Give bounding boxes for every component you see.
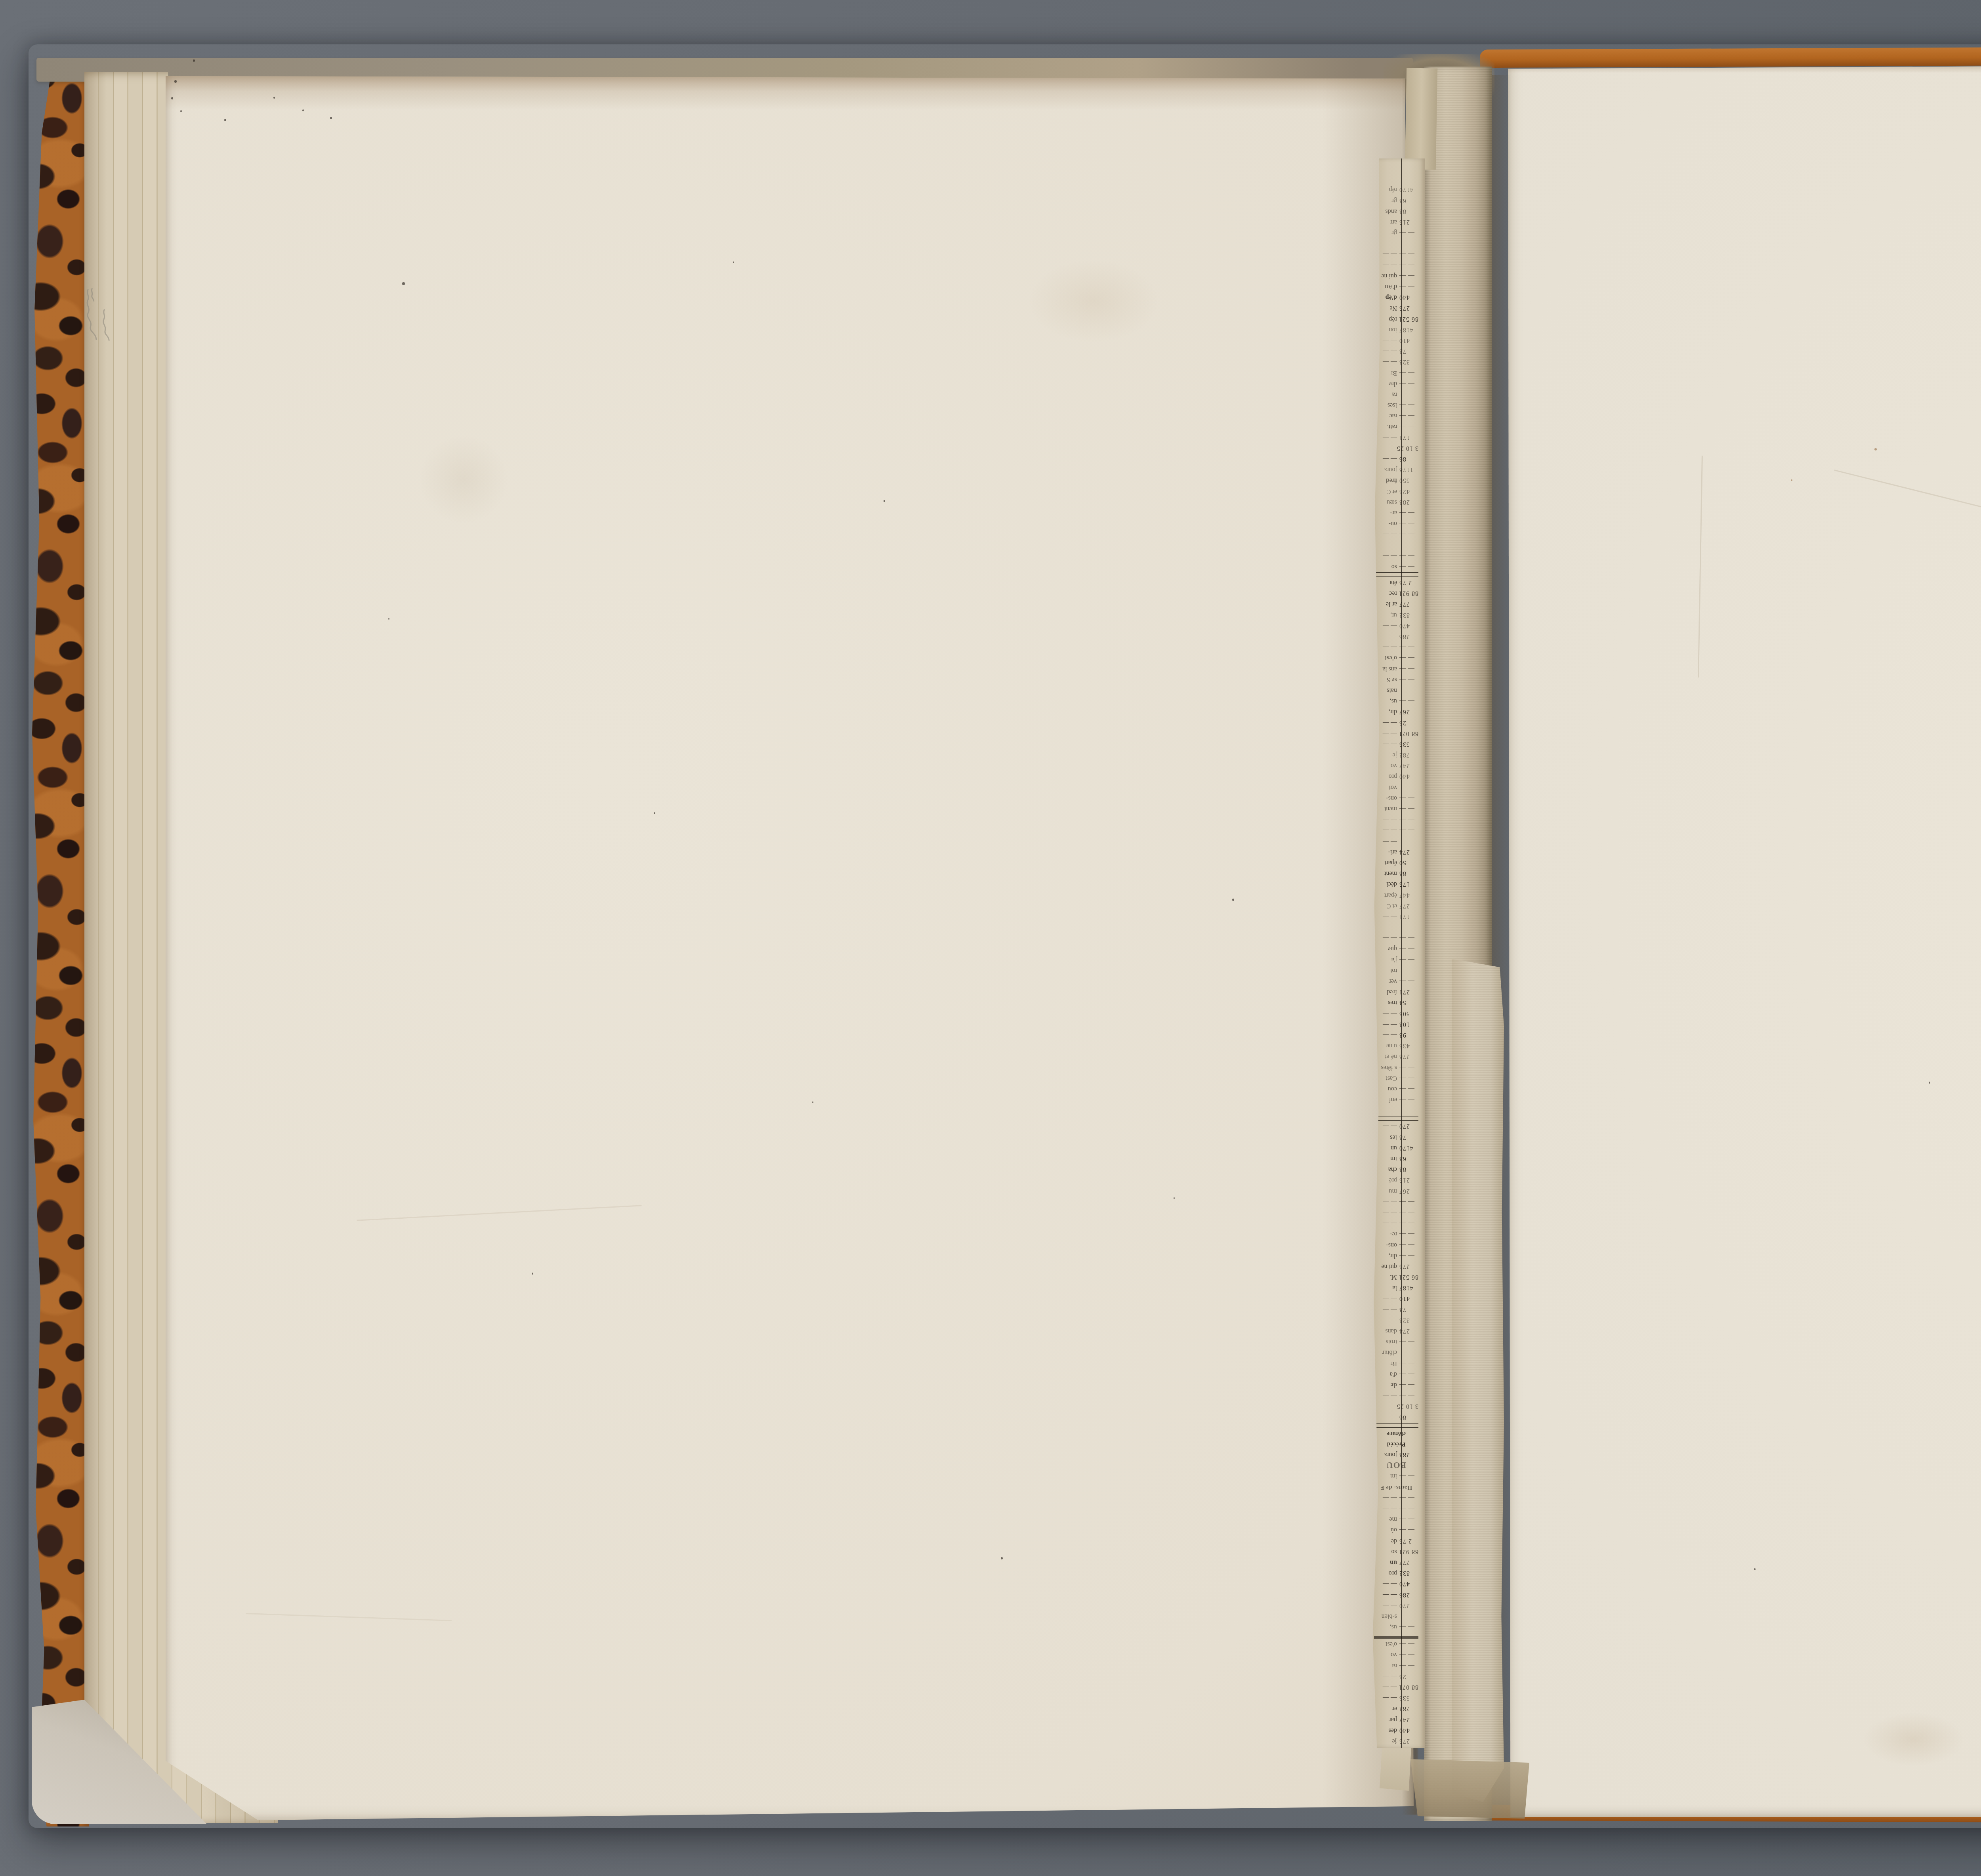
newsprint-row: 88 921rec [1374, 588, 1418, 599]
newsprint-row: — —— — [1374, 642, 1418, 653]
newsprint-row: 271fred [1374, 987, 1418, 997]
newsprint-row: — —ons- [1374, 793, 1418, 803]
blank-page-right [1506, 63, 1981, 1817]
newsprint-row: 247par [1374, 1714, 1418, 1725]
newsprint-row: 410— — [1374, 1293, 1418, 1304]
newsprint-row: — —s-bien [1374, 1611, 1418, 1622]
newsprint-row: — —so [1374, 561, 1418, 572]
newsprint-row: — —se S [1374, 674, 1418, 685]
newsprint-row: 323— — [1374, 1315, 1418, 1326]
newsprint-row: 25— — [1374, 717, 1418, 728]
newsprint-row: 274ari- [1374, 847, 1418, 857]
newsprint-row: — —ver [1374, 976, 1418, 987]
dust-speck [273, 97, 275, 99]
newsprint-row: 86— — [1374, 1412, 1418, 1422]
dust-speck [812, 1101, 813, 1103]
newsprint-row: 4187ion [1374, 324, 1418, 335]
dust-speck [388, 618, 389, 620]
newsprint-row: 435u ne [1374, 1040, 1418, 1051]
newsprint-row: — —toi [1374, 965, 1418, 976]
newsprint-row: — —us, [1374, 696, 1418, 706]
foxing-stain [404, 420, 523, 539]
newsprint-row: — —— — [1374, 551, 1418, 561]
newsprint-row: 267dir, [1374, 706, 1418, 717]
newsprint-row: — —— — [1374, 1218, 1418, 1229]
newsprint-row: — —clôtur [1374, 1347, 1418, 1358]
newsprint-row: — —s fêtes [1374, 1062, 1418, 1073]
newsprint-row: — —ra [1374, 1660, 1418, 1671]
newsprint-row: 535— — [1374, 1693, 1418, 1703]
newsprint-row: 267mu [1374, 1185, 1418, 1196]
newsprint-row: — —dir, [1374, 1250, 1418, 1261]
newsprint-row: 83ands [1374, 206, 1418, 217]
rust-speck [1791, 479, 1792, 481]
dust-speck [1174, 1197, 1175, 1199]
newsprint-row [1374, 1423, 1418, 1428]
newsprint-row: 247vo [1374, 760, 1418, 771]
newsprint-row: 215arr [1374, 217, 1418, 227]
newsprint-row: 88 071— — [1374, 1682, 1418, 1693]
newsprint-row: 447épart [1374, 889, 1418, 900]
foxing-stain [1846, 1704, 1981, 1775]
newsprint-row: 777un [1374, 1557, 1418, 1568]
blank-page-left [166, 76, 1414, 1820]
newsprint-row: — —ises [1374, 400, 1418, 410]
newsprint-row: 88 921so [1374, 1546, 1418, 1557]
newsprint-row: — —— — [1374, 922, 1418, 933]
newsprint-row: 4170rép [1374, 184, 1418, 195]
newspaper-torn-tab [1380, 1746, 1411, 1791]
newsprint-row: — —trois [1374, 1336, 1418, 1347]
newsprint-row: 470— — [1374, 1578, 1418, 1589]
newsprint-row: — —— — [1374, 1105, 1418, 1116]
newsprint-row: 275qui ne [1374, 1261, 1418, 1272]
dust-speck [1232, 899, 1234, 901]
newsprint-row: 88ment [1374, 868, 1418, 879]
newsprint-row: 86 521M. [1374, 1272, 1418, 1282]
digitized-book-scan: 275je440des247par782er535— —88 071— —25—… [0, 0, 1981, 1876]
newsprint-row: 470— — [1374, 620, 1418, 631]
newsprint-row: — —d'a [1374, 1369, 1418, 1380]
dust-speck [532, 1273, 533, 1275]
newsprint-row: 171— — [1374, 911, 1418, 922]
newsprint-row: — —que [1374, 943, 1418, 954]
newsprint-row: 270— — [1374, 1600, 1418, 1611]
dust-speck [180, 110, 182, 112]
newsprint-row [1374, 1116, 1418, 1121]
newsprint-row: 1178jours [1374, 464, 1418, 475]
newsprint-row: — —Cast [1374, 1073, 1418, 1084]
newsprint-row: — —où [1374, 1525, 1418, 1535]
newsprint-row: 3 10 25— — [1374, 1401, 1418, 1412]
newsprint-row: — —o'est [1374, 653, 1418, 663]
newsprint-row: — —— — [1374, 1503, 1418, 1514]
newsprint-row: 63im [1374, 1153, 1418, 1164]
cloth-hinge-light-strip [1452, 959, 1504, 1802]
newsprint-row: Hauts- de F [1374, 1482, 1418, 1492]
newsprint-row: — —— — [1374, 529, 1418, 540]
newsprint-row: 535— — [1374, 739, 1418, 750]
newsprint-row: — —enf [1374, 1094, 1418, 1105]
newsprint-row: 274dans [1374, 1326, 1418, 1336]
newsprint-row: — —vo [1374, 1649, 1418, 1660]
newsprint-row: — —— — [1374, 540, 1418, 550]
newsprint-row: 440d'ép [1374, 292, 1418, 303]
newsprint-row: — —— — [1374, 1492, 1418, 1503]
newsprint-row: 505— — [1374, 1008, 1418, 1019]
newsprint-row: 440des [1374, 1725, 1418, 1736]
newsprint-row: 93— — [1374, 1030, 1418, 1040]
newsprint-row: 277et C [1374, 901, 1418, 911]
newsprint-row: — —de [1374, 1380, 1418, 1390]
newsprint-row: — —j'a [1374, 954, 1418, 965]
newsprint-row: 83cha [1374, 1164, 1418, 1175]
newsprint-row: clôture [1374, 1428, 1418, 1439]
newsprint-row: — —us, [1374, 1622, 1418, 1632]
newsprint-row: — —me [1374, 1514, 1418, 1525]
dust-speck [302, 109, 304, 111]
newsprint-row: 3 10 25— — [1374, 443, 1418, 454]
newsprint-row: — —— — [1374, 933, 1418, 943]
newsprint-row: BOU [1374, 1460, 1418, 1471]
newspaper-column-rule [1401, 158, 1402, 1748]
foxing-stain [1006, 246, 1181, 357]
newsprint-row: — —Br [1374, 1358, 1418, 1368]
newsprint-row: 2 75éta [1374, 577, 1418, 588]
dust-speck [733, 261, 734, 263]
newsprint-row: 73— — [1374, 1304, 1418, 1315]
newsprint-row: 278né et [1374, 1051, 1418, 1062]
newsprint-row: 54tres [1374, 997, 1418, 1008]
newsprint-row: — —— — [1374, 836, 1418, 846]
newsprint-row: — —gr [1374, 227, 1418, 238]
newsprint-row: 410— — [1374, 335, 1418, 346]
newsprint-row: — —— — [1374, 1390, 1418, 1401]
newsprint-row: 283jours [1374, 1449, 1418, 1460]
newsprint-row: 270— — [1374, 1121, 1418, 1132]
newsprint-row: 286— — [1374, 631, 1418, 642]
dust-speck [224, 119, 226, 121]
rust-speck [1874, 448, 1877, 450]
newsprint-row: — —o'est [1374, 1639, 1418, 1649]
newsprint-row: — —rait. [1374, 421, 1418, 432]
dust-speck [1001, 1557, 1003, 1559]
newsprint-row: 286— — [1374, 1589, 1418, 1600]
newsprint-row: — —— — [1374, 249, 1418, 260]
newsprint-row: 171— — [1374, 432, 1418, 443]
newsprint-row: 832ur, [1374, 610, 1418, 620]
dust-speck [1929, 1082, 1930, 1084]
newsprint-row: 323— — [1374, 357, 1418, 367]
pencil-inscription [56, 250, 116, 361]
newspaper-text: 275je440des247par782er535— —88 071— —25—… [1372, 158, 1425, 1748]
newsprint-row: — —— — [1374, 814, 1418, 825]
newsprint-row: 440pro [1374, 771, 1418, 782]
newsprint-row: 73— — [1374, 346, 1418, 357]
newsprint-row: — —ans la [1374, 663, 1418, 674]
newsprint-row: — —ment [1374, 803, 1418, 814]
newsprint-row: 425et C [1374, 486, 1418, 496]
newsprint-row: 86— — [1374, 454, 1418, 464]
newsprint-row: 88 071— — [1374, 728, 1418, 739]
newsprint-row: 215pré [1374, 1175, 1418, 1185]
newsprint-row: 275je [1374, 1736, 1418, 1746]
newsprint-row: 78les [1374, 1132, 1418, 1143]
newsprint-row: — —ra [1374, 389, 1418, 400]
newsprint-row: 4170un [1374, 1143, 1418, 1153]
newsprint-row: Précéd [1374, 1439, 1418, 1449]
newsprint-row [1374, 572, 1418, 577]
newsprint-row: — —d'Au [1374, 281, 1418, 292]
newsprint-row: 782je [1374, 750, 1418, 760]
newsprint-row: 550fred [1374, 475, 1418, 486]
newsprint-row: — —— — [1374, 825, 1418, 836]
newsprint-row: 25— — [1374, 1671, 1418, 1682]
newsprint-row: — —ons- [1374, 1239, 1418, 1250]
newsprint-row: 777ar le [1374, 599, 1418, 609]
newsprint-row: 782er [1374, 1703, 1418, 1714]
newsprint-row: 4187la [1374, 1282, 1418, 1293]
newsprint-row: 283sœu [1374, 497, 1418, 508]
dust-speck [402, 282, 405, 285]
inserted-newspaper-strip: 275je440des247par782er535— —88 071— —25—… [1372, 158, 1425, 1748]
newsprint-row: — —im [1374, 1471, 1418, 1481]
newsprint-row: — —dre [1374, 378, 1418, 389]
newsprint-row [1374, 1632, 1418, 1639]
newsprint-row: 832pro [1374, 1568, 1418, 1578]
newsprint-row: — —re- [1374, 1229, 1418, 1239]
dust-speck [1754, 1568, 1756, 1570]
newsprint-row: — —— — [1374, 1207, 1418, 1218]
newsprint-row: — —— — [1374, 1197, 1418, 1207]
newsprint-row: 103— — [1374, 1019, 1418, 1030]
newsprint-row: 63gr [1374, 195, 1418, 206]
newsprint-row: 50épart [1374, 857, 1418, 868]
newsprint-row: — —rac [1374, 410, 1418, 421]
dust-speck [654, 812, 655, 814]
dust-speck [171, 97, 173, 99]
newsprint-row: 86 521rép [1374, 313, 1418, 324]
dust-speck [193, 59, 195, 62]
newsprint-row: — —Br [1374, 367, 1418, 378]
newspaper-folded-top [1405, 68, 1437, 170]
gutter-tail-glue-area [1410, 1759, 1529, 1819]
newsprint-row: 2 75de [1374, 1535, 1418, 1546]
dust-speck [884, 500, 885, 502]
dust-speck [330, 117, 332, 119]
newsprint-row: — —ar- [1374, 508, 1418, 518]
newsprint-row: 275Ne [1374, 303, 1418, 313]
newsprint-row: — —— — [1374, 260, 1418, 271]
newsprint-row: — —— — [1374, 238, 1418, 249]
newsprint-row: — —voi [1374, 782, 1418, 793]
newsprint-row: — —qui ne [1374, 271, 1418, 281]
newsprint-row: 175déci [1374, 879, 1418, 889]
newsprint-row: — —ou- [1374, 518, 1418, 529]
dust-speck [174, 80, 177, 83]
newsprint-row: — —cou [1374, 1084, 1418, 1094]
newsprint-row: — —nais [1374, 685, 1418, 696]
